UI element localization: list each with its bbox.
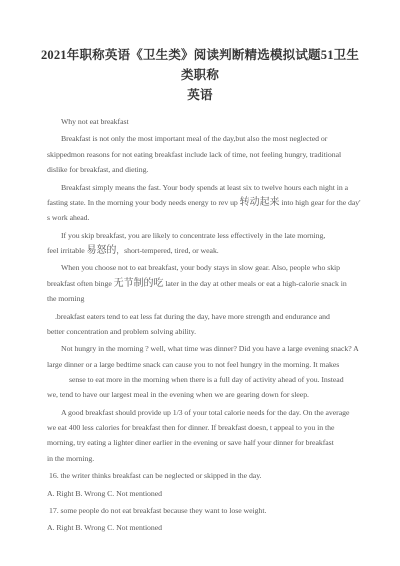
chinese-annotation: 易怒的 <box>87 245 117 256</box>
chinese-annotation: 无节制的吃 <box>114 278 164 289</box>
question-options: A. Right B. Wrong C. Not mentioned <box>47 520 360 535</box>
text-segment: feel irritable <box>47 246 87 255</box>
paragraph: Breakfast simply means the fast. Your bo… <box>47 180 360 226</box>
text-line: the morning <box>47 291 360 306</box>
text-line: we, tend to have our largest meal in the… <box>47 387 360 402</box>
title-line-2: 英语 <box>36 85 364 105</box>
chinese-annotation: 转动起来 <box>240 197 280 208</box>
text-line: .breakfast eaters tend to eat less fat d… <box>47 309 360 324</box>
text-line: feel irritable 易怒的，short-tempered, tired… <box>47 243 360 258</box>
text-segment: later in the day at other meals or eat a… <box>163 279 346 288</box>
question-text: 17. some people do not eat breakfast bec… <box>47 503 360 518</box>
text-segment: into high gear for the day' <box>279 198 360 207</box>
text-line: Breakfast simply means the fast. Your bo… <box>47 180 360 195</box>
text-line: When you choose not to eat breakfast, yo… <box>47 260 360 275</box>
text-line: Breakfast is not only the most important… <box>47 131 360 146</box>
text-line: s work ahead. <box>47 210 360 225</box>
question-options: A. Right B. Wrong C. Not mentioned <box>47 486 360 501</box>
paragraph: .breakfast eaters tend to eat less fat d… <box>47 309 360 340</box>
text-line: sense to eat more in the morning when th… <box>47 372 360 387</box>
paragraph: When you choose not to eat breakfast, yo… <box>47 260 360 306</box>
text-segment: fasting state. In the morning your body … <box>47 198 240 207</box>
paragraph: Not hungry in the morning ? well, what t… <box>47 341 360 402</box>
text-line: in the morning. <box>47 451 360 466</box>
page-title: 2021年职称英语《卫生类》阅读判断精选模拟试题51卫生类职称 英语 <box>36 45 364 105</box>
text-line: A good breakfast should provide up 1/3 o… <box>47 405 360 420</box>
text-line: we eat 400 less calories for breakfast t… <box>47 420 360 435</box>
questions-section: 16. the writer thinks breakfast can be n… <box>47 468 360 536</box>
document-body: Why not eat breakfast Breakfast is not o… <box>47 114 360 536</box>
paragraph: Breakfast is not only the most important… <box>47 131 360 177</box>
text-line: large dinner or a large bedtime snack ca… <box>47 357 360 372</box>
text-line: skippedmon reasons for not eating breakf… <box>47 147 360 162</box>
question-text: 16. the writer thinks breakfast can be n… <box>47 468 360 483</box>
text-segment: ，short-tempered, tired, or weak. <box>116 246 218 255</box>
text-line: morning, try eating a lighter diner earl… <box>47 435 360 450</box>
paragraph: If you skip breakfast, you are likely to… <box>47 228 360 259</box>
text-line: dislike for breakfast, and dieting. <box>47 162 360 177</box>
passage-heading: Why not eat breakfast <box>47 114 360 129</box>
document-page: 2021年职称英语《卫生类》阅读判断精选模拟试题51卫生类职称 英语 Why n… <box>0 0 400 566</box>
text-line: fasting state. In the morning your body … <box>47 195 360 210</box>
text-line: If you skip breakfast, you are likely to… <box>47 228 360 243</box>
text-line: better concentration and problem solving… <box>47 324 360 339</box>
text-segment: breakfast often binge <box>47 279 114 288</box>
text-line: breakfast often binge 无节制的吃 later in the… <box>47 276 360 291</box>
text-line: Not hungry in the morning ? well, what t… <box>47 341 360 356</box>
paragraph: A good breakfast should provide up 1/3 o… <box>47 405 360 466</box>
title-line-1: 2021年职称英语《卫生类》阅读判断精选模拟试题51卫生类职称 <box>36 45 364 85</box>
